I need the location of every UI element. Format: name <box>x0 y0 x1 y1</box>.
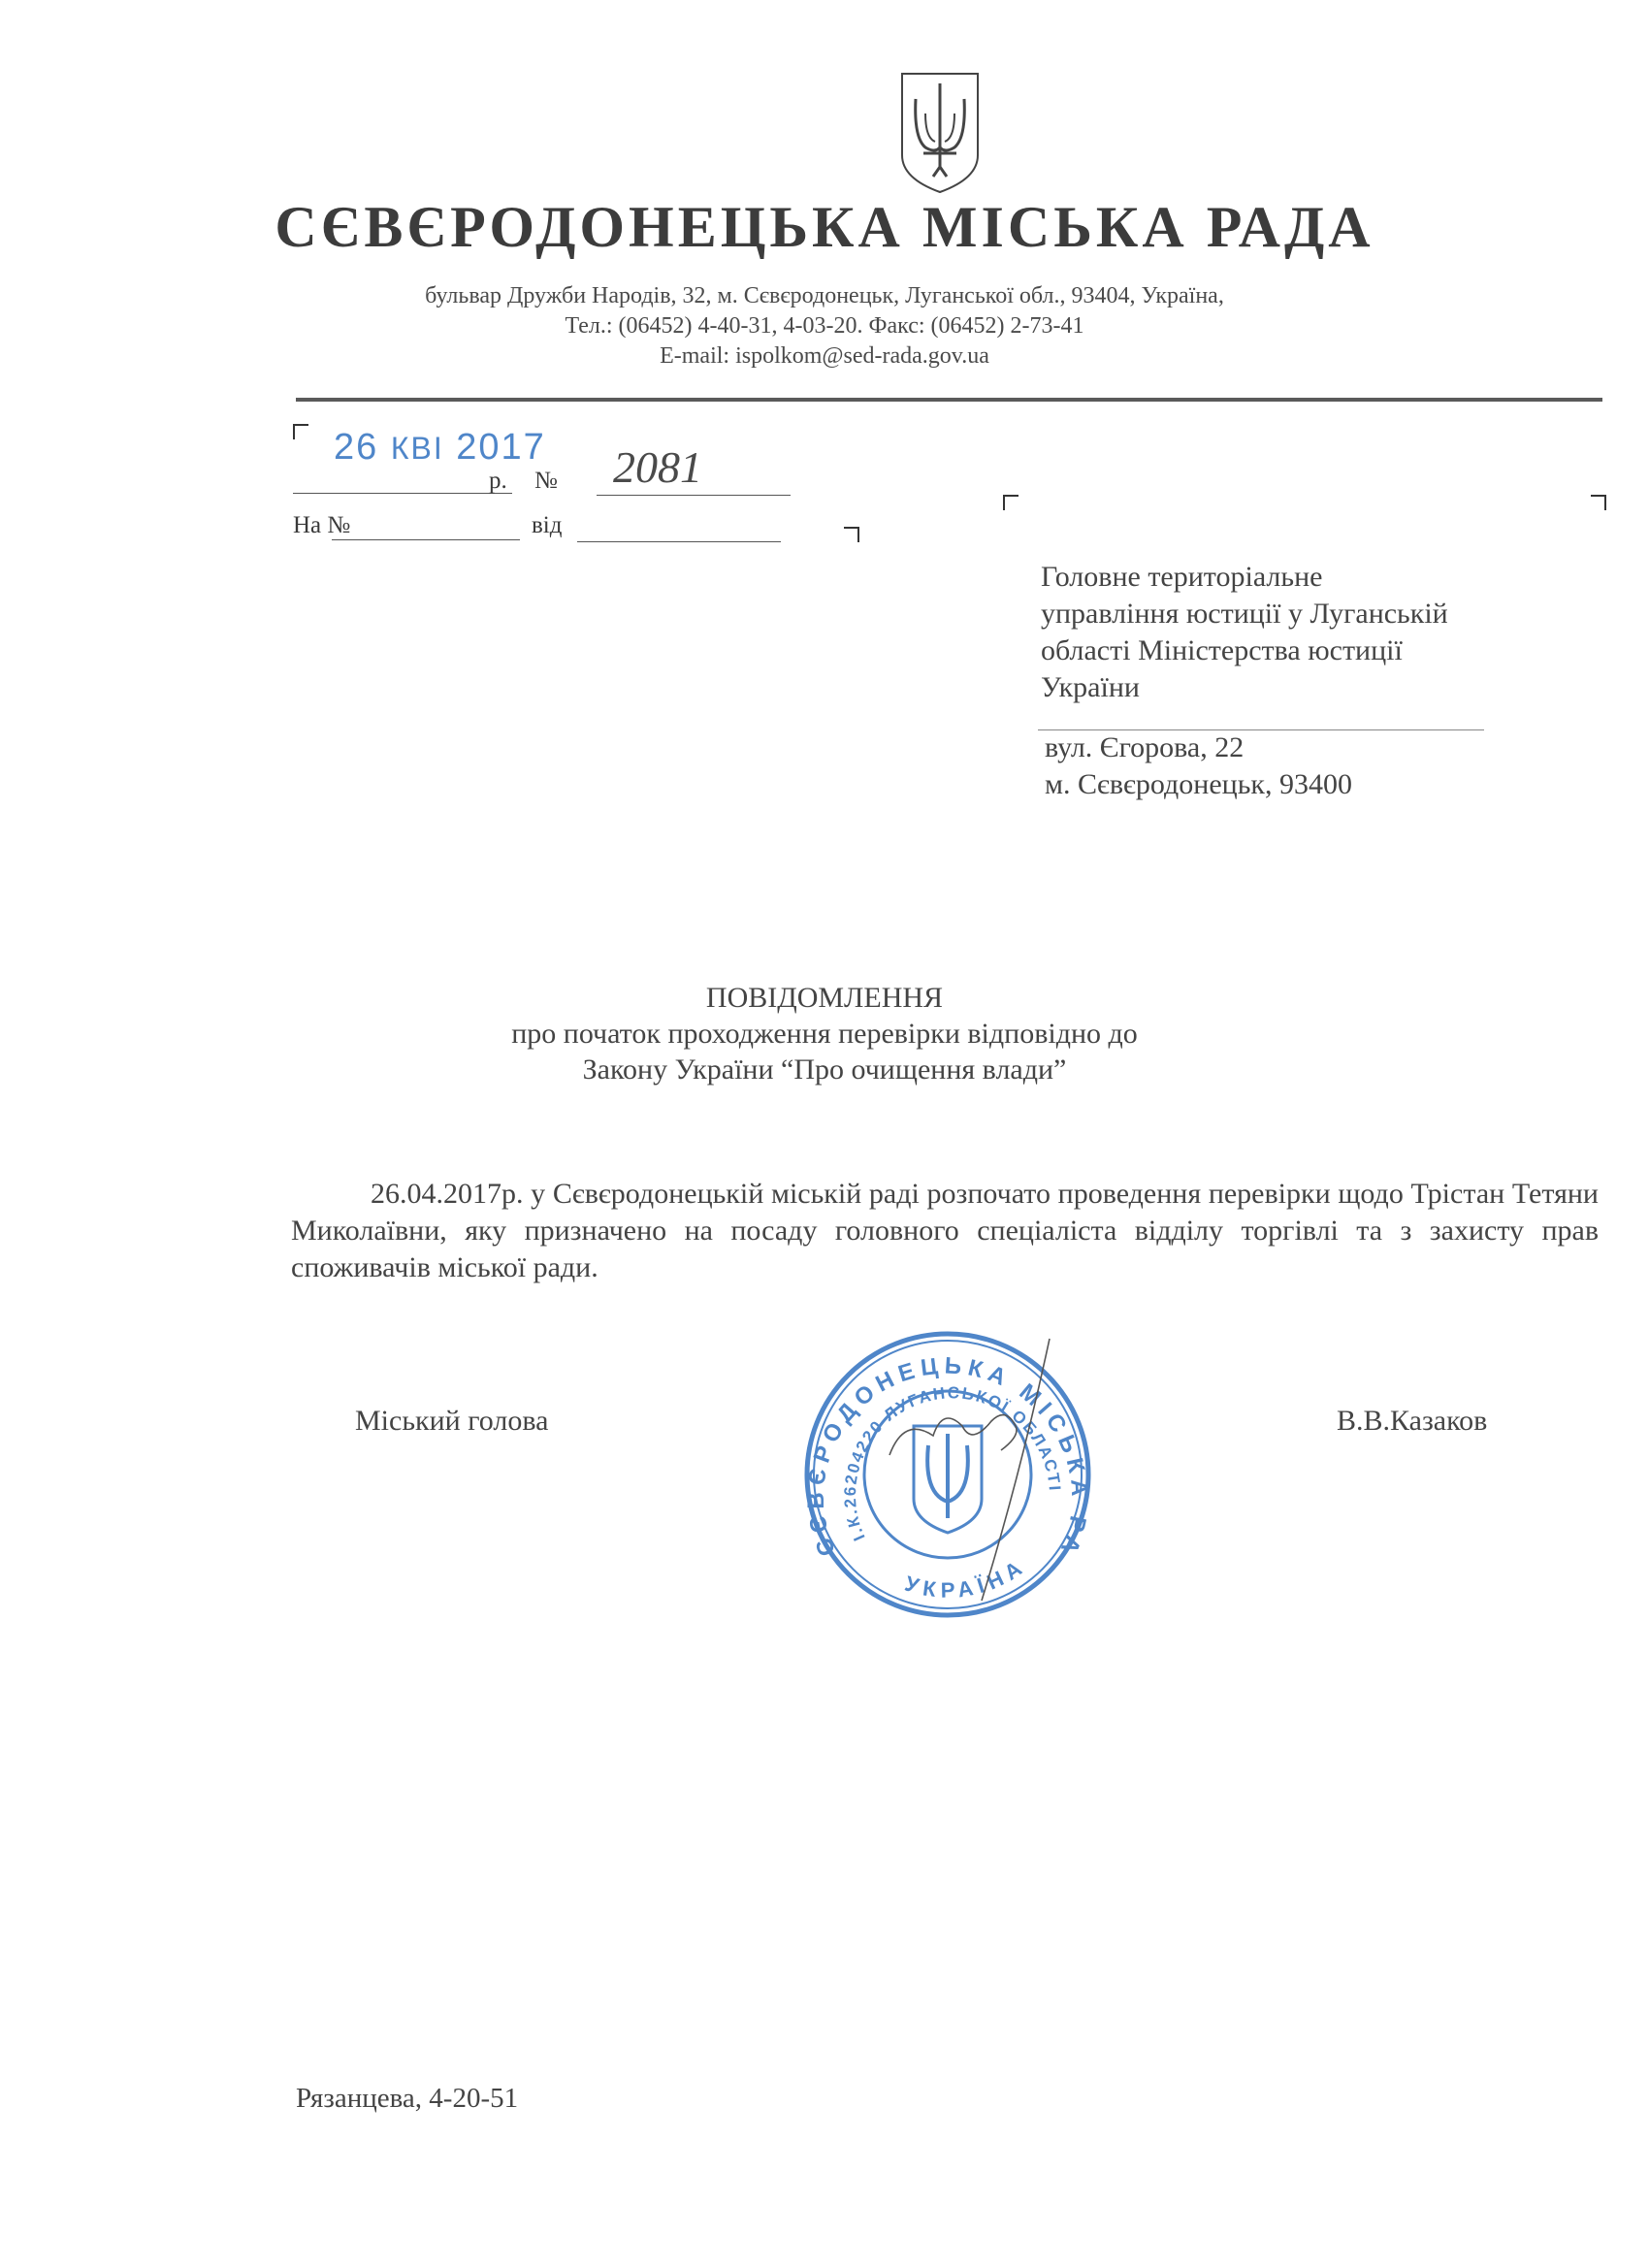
registration-number: 2081 <box>613 441 702 493</box>
executor-contact: Рязанцева, 4-20-51 <box>296 2083 518 2115</box>
organization-address: бульвар Дружби Народів, 32, м. Сєвєродон… <box>0 281 1649 311</box>
corner-mark <box>844 527 859 542</box>
notice-subtitle-2: Закону України “Про очищення влади” <box>0 1052 1649 1087</box>
organization-name: СЄВЄРОДОНЕЦЬКА МІСЬКА РАДА <box>0 194 1649 261</box>
from-line <box>577 541 781 542</box>
notice-subtitle-1: про початок проходження перевірки відпов… <box>0 1016 1649 1052</box>
svg-text:УКРАЇНА: УКРАЇНА <box>902 1553 1031 1603</box>
stamp-year: 2017 <box>456 427 546 468</box>
organization-phone: Тел.: (06452) 4-40-31, 4-03-20. Факс: (0… <box>0 311 1649 341</box>
letterhead-divider <box>296 398 1602 402</box>
reply-to-line <box>332 539 520 540</box>
from-label: від <box>532 512 562 539</box>
signatory-name: В.В.Казаков <box>1337 1405 1487 1438</box>
official-seal-icon: СЄВЄРОДОНЕЦЬКА МІСЬКА РАДА І.К.26204220 … <box>797 1329 1098 1620</box>
stamp-month: КВІ <box>391 431 444 466</box>
signatory-position: Міський голова <box>355 1405 548 1438</box>
corner-mark <box>1591 495 1606 510</box>
year-suffix: р. <box>489 468 507 495</box>
recipient-name: Головне територіальне управління юстиції… <box>1041 559 1448 706</box>
recipient-address: вул. Єгорова, 22 м. Сєвєродонецьк, 93400 <box>1045 729 1352 803</box>
registration-date-stamp: 26 КВІ 2017 <box>334 427 546 469</box>
date-line <box>293 493 512 494</box>
reply-to-label: На № <box>293 512 350 539</box>
coat-of-arms-icon <box>896 70 984 196</box>
corner-mark <box>1003 495 1018 510</box>
number-line <box>597 495 791 496</box>
notice-title: ПОВІДОМЛЕННЯ <box>0 980 1649 1016</box>
body-paragraph: 26.04.2017р. у Сєвєродонецькій міській р… <box>291 1176 1599 1286</box>
organization-email: E-mail: ispolkom@sed-rada.gov.ua <box>0 341 1649 372</box>
stamp-day: 26 <box>334 427 378 468</box>
corner-mark <box>293 424 308 439</box>
notice-heading: ПОВІДОМЛЕННЯ про початок проходження пер… <box>0 980 1649 1087</box>
number-label: № <box>534 468 558 495</box>
